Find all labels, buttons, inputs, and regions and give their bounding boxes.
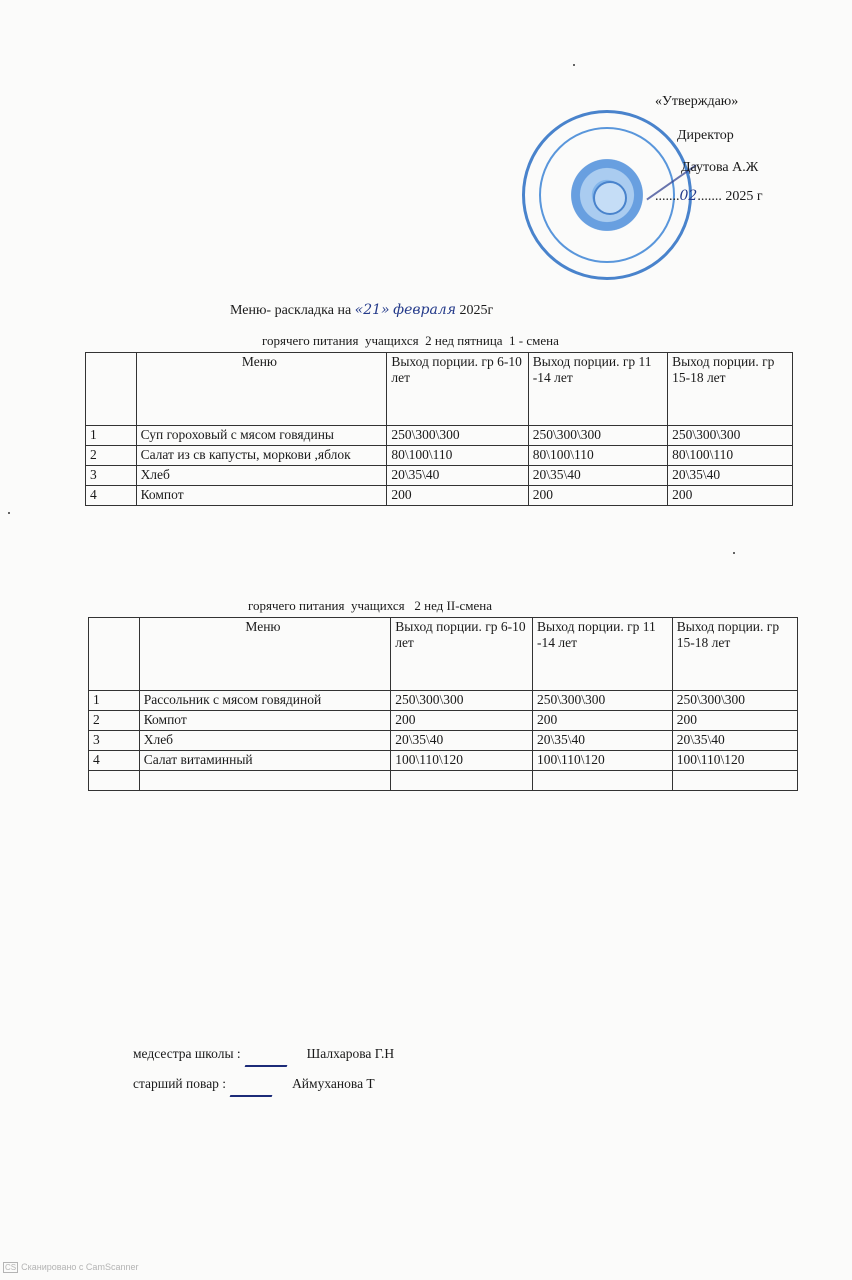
- table-row: 4Салат витаминный 100\110\120100\110\120…: [89, 751, 798, 771]
- table-row: 4Компот 200200200: [86, 486, 793, 506]
- approval-date: .......02....... 2025 г: [655, 186, 763, 207]
- director-name: Даутова А.Ж: [655, 158, 763, 178]
- cook-signature: [230, 1073, 281, 1097]
- title-day: «21»: [355, 302, 390, 318]
- approval-block: «Утверждаю» Директор Даутова А.Ж .......…: [655, 92, 763, 207]
- speck: [733, 552, 735, 554]
- approve-label: «Утверждаю»: [655, 92, 763, 112]
- title-month: февраля: [393, 302, 456, 318]
- emblem-center-icon: [593, 181, 627, 215]
- nurse-signature: [244, 1043, 295, 1067]
- speck: [8, 512, 10, 514]
- scanner-watermark: CSСканировано с CamScanner: [3, 1262, 138, 1273]
- camscanner-logo-icon: CS: [3, 1262, 18, 1273]
- table-row: 3Хлеб 20\35\4020\35\4020\35\40: [89, 731, 798, 751]
- table-row: 3Хлеб 20\35\4020\35\4020\35\40: [86, 466, 793, 486]
- shift2-heading: горячего питания учащихся 2 нед II-смена: [248, 598, 492, 614]
- document-title: Меню- раскладка на «21» февраля 2025г: [230, 302, 493, 319]
- shift2-table: Меню Выход порции. гр 6-10 лет Выход пор…: [88, 617, 798, 791]
- table-row: 2Салат из св капусты, моркови ,яблок 80\…: [86, 446, 793, 466]
- table-row: 1Суп гороховый с мясом говядины 250\300\…: [86, 426, 793, 446]
- shift1-table: Меню Выход порции. гр 6-10 лет Выход пор…: [85, 352, 793, 506]
- table-row: 2Компот 200200200: [89, 711, 798, 731]
- shift1-heading: горячего питания учащихся 2 нед пятница …: [262, 333, 559, 349]
- table-row-empty: [89, 771, 798, 791]
- director-position: Директор: [655, 126, 763, 146]
- speck: [573, 64, 575, 66]
- cook-signature-line: старший повар :Аймуханова Т: [133, 1066, 394, 1102]
- signatures-block: медсестра школы :Шалхарова Г.Н старший п…: [133, 1036, 394, 1102]
- table-header: Меню Выход порции. гр 6-10 лет Выход пор…: [86, 353, 793, 426]
- table-header: Меню Выход порции. гр 6-10 лет Выход пор…: [89, 618, 798, 691]
- table-row: 1Рассольник с мясом говядиной 250\300\30…: [89, 691, 798, 711]
- title-year: 2025г: [460, 303, 494, 318]
